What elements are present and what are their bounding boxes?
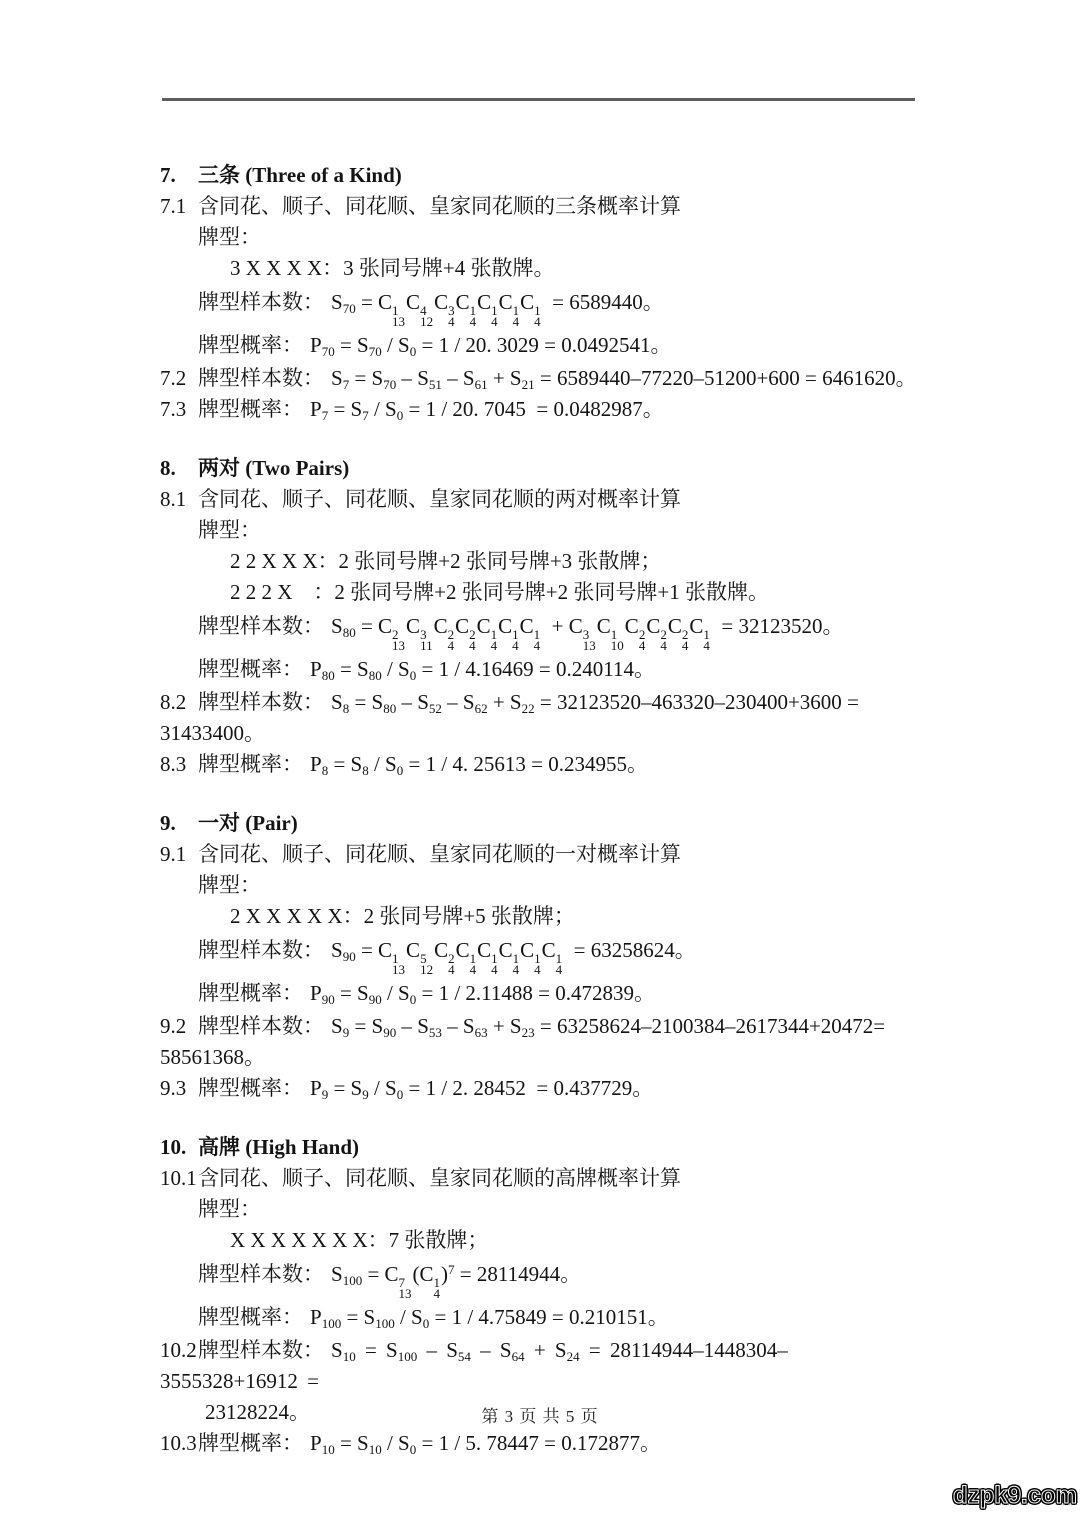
pattern-label: 牌型： bbox=[198, 518, 261, 542]
sample-label: 牌型样本数： bbox=[198, 690, 324, 714]
pattern-label: 牌型： bbox=[198, 873, 261, 897]
item-line: 9.3牌型概率：P9 = S9 / S0 = 1 / 2. 28452 = 0.… bbox=[160, 1073, 925, 1104]
watermark-dzpk9: dzpk9.com bbox=[953, 1482, 1077, 1510]
item-number: 10.1 bbox=[160, 1163, 198, 1194]
header-rule bbox=[162, 98, 915, 101]
section-number: 10. bbox=[160, 1132, 198, 1163]
item-text: 含同花、顺子、同花顺、皇家同花顺的一对概率计算 bbox=[198, 842, 681, 866]
document-page: 7.三条 (Three of a Kind) 7.1含同花、顺子、同花顺、皇家同… bbox=[0, 0, 1080, 1527]
item-line: 8.2牌型样本数：S8 = S80 – S52 – S62 + S22 = 32… bbox=[160, 687, 925, 749]
pattern-line: 2 2 2 X ：2 张同号牌+2 张同号牌+2 张同号牌+1 张散牌。 bbox=[160, 577, 925, 608]
pattern-line: 2 X X X X X：2 张同号牌+5 张散牌； bbox=[160, 901, 925, 932]
item-line: 9.2牌型样本数：S9 = S90 – S53 – S63 + S23 = 63… bbox=[160, 1011, 925, 1073]
item-line: 8.1含同花、顺子、同花顺、皇家同花顺的两对概率计算 bbox=[160, 484, 925, 515]
section-title: 高牌 (High Hand) bbox=[198, 1135, 359, 1159]
section-heading: 7.三条 (Three of a Kind) bbox=[160, 160, 925, 191]
item-text: 含同花、顺子、同花顺、皇家同花顺的高牌概率计算 bbox=[198, 1166, 681, 1190]
prob-line: 牌型概率：P90 = S90 / S0 = 1 / 2.11488 = 0.47… bbox=[160, 975, 925, 1011]
item-line: 7.2牌型样本数：S7 = S70 – S51 – S61 + S21 = 65… bbox=[160, 363, 925, 394]
section-heading: 9.一对 (Pair) bbox=[160, 808, 925, 839]
prob-formula: P10 = S10 / S0 = 1 / 5. 78447 = 0.172877… bbox=[310, 1431, 661, 1455]
sample-label: 牌型样本数： bbox=[198, 1014, 324, 1038]
sample-line: 牌型样本数：S100 = C713(C14)7 = 28114944。 bbox=[160, 1256, 925, 1299]
prob-label: 牌型概率： bbox=[198, 1305, 303, 1329]
item-number: 7.2 bbox=[160, 363, 198, 394]
item-line: 7.3牌型概率：P7 = S7 / S0 = 1 / 20. 7045 = 0.… bbox=[160, 394, 925, 425]
item-number: 9.3 bbox=[160, 1073, 198, 1104]
item-number: 10.3 bbox=[160, 1428, 198, 1459]
section-heading: 8.两对 (Two Pairs) bbox=[160, 453, 925, 484]
page-content: 7.三条 (Three of a Kind) 7.1含同花、顺子、同花顺、皇家同… bbox=[160, 160, 925, 1487]
sample-formula: S80 = C213C311C24C24C14C14C14 + C313C110… bbox=[331, 614, 843, 638]
prob-label: 牌型概率： bbox=[198, 752, 303, 776]
sample-label: 牌型样本数： bbox=[198, 938, 324, 962]
prob-line: 牌型概率：P70 = S70 / S0 = 1 / 20. 3029 = 0.0… bbox=[160, 327, 925, 363]
prob-formula: P8 = S8 / S0 = 1 / 4. 25613 = 0.234955。 bbox=[310, 752, 648, 776]
sample-label: 牌型样本数： bbox=[198, 366, 324, 390]
prob-label: 牌型概率： bbox=[198, 981, 303, 1005]
prob-label: 牌型概率： bbox=[198, 397, 303, 421]
sample-formula: S100 = C713(C14)7 = 28114944。 bbox=[331, 1262, 581, 1286]
item-number: 9.2 bbox=[160, 1011, 198, 1042]
item-number: 8.3 bbox=[160, 749, 198, 780]
sample-formula: S70 = C113C412C34C14C14C14C14 = 6589440。 bbox=[331, 290, 664, 314]
item-text: 含同花、顺子、同花顺、皇家同花顺的三条概率计算 bbox=[198, 194, 681, 218]
prob-label: 牌型概率： bbox=[198, 1076, 303, 1100]
item-line: 10.3牌型概率：P10 = S10 / S0 = 1 / 5. 78447 =… bbox=[160, 1428, 925, 1459]
section-title: 两对 (Two Pairs) bbox=[198, 456, 349, 480]
prob-label: 牌型概率： bbox=[198, 1431, 303, 1455]
section-three-of-a-kind: 7.三条 (Three of a Kind) 7.1含同花、顺子、同花顺、皇家同… bbox=[160, 160, 925, 425]
pattern-label-line: 牌型： bbox=[160, 515, 925, 546]
pattern-label: 牌型： bbox=[198, 1197, 261, 1221]
section-heading: 10.高牌 (High Hand) bbox=[160, 1132, 925, 1163]
sample-line: 牌型样本数：S90 = C113C512C24C14C14C14C14C14 =… bbox=[160, 932, 925, 975]
prob-formula: P70 = S70 / S0 = 1 / 20. 3029 = 0.049254… bbox=[310, 333, 672, 357]
sample-label: 牌型样本数： bbox=[198, 290, 324, 314]
pattern-label-line: 牌型： bbox=[160, 1194, 925, 1225]
prob-formula: P90 = S90 / S0 = 1 / 2.11488 = 0.472839。 bbox=[310, 981, 655, 1005]
sample-label: 牌型样本数： bbox=[198, 1262, 324, 1286]
section-number: 8. bbox=[160, 453, 198, 484]
prob-formula: P7 = S7 / S0 = 1 / 20. 7045 = 0.0482987。 bbox=[310, 397, 664, 421]
section-title: 一对 (Pair) bbox=[198, 811, 298, 835]
section-two-pairs: 8.两对 (Two Pairs) 8.1含同花、顺子、同花顺、皇家同花顺的两对概… bbox=[160, 453, 925, 780]
item-line: 10.1含同花、顺子、同花顺、皇家同花顺的高牌概率计算 bbox=[160, 1163, 925, 1194]
sample-formula: S90 = C113C512C24C14C14C14C14C14 = 63258… bbox=[331, 938, 696, 962]
pattern-label-line: 牌型： bbox=[160, 222, 925, 253]
item-number: 7.1 bbox=[160, 191, 198, 222]
prob-formula: P80 = S80 / S0 = 1 / 4.16469 = 0.240114。 bbox=[310, 657, 655, 681]
item-text: 含同花、顺子、同花顺、皇家同花顺的两对概率计算 bbox=[198, 487, 681, 511]
item-line: 9.1含同花、顺子、同花顺、皇家同花顺的一对概率计算 bbox=[160, 839, 925, 870]
item-line: 7.1含同花、顺子、同花顺、皇家同花顺的三条概率计算 bbox=[160, 191, 925, 222]
sample-label: 牌型样本数： bbox=[198, 614, 324, 638]
pattern-label-line: 牌型： bbox=[160, 870, 925, 901]
prob-label: 牌型概率： bbox=[198, 657, 303, 681]
item-number: 8.1 bbox=[160, 484, 198, 515]
section-number: 7. bbox=[160, 160, 198, 191]
item-line: 10.2牌型样本数：S10 = S100 – S54 – S64 + S24 =… bbox=[160, 1335, 925, 1397]
section-title: 三条 (Three of a Kind) bbox=[198, 163, 402, 187]
item-line: 8.3牌型概率：P8 = S8 / S0 = 1 / 4. 25613 = 0.… bbox=[160, 749, 925, 780]
sample-formula: S7 = S70 – S51 – S61 + S21 = 6589440–772… bbox=[331, 366, 917, 390]
pattern-line: 3 X X X X：3 张同号牌+4 张散牌。 bbox=[160, 253, 925, 284]
sample-line: 牌型样本数：S80 = C213C311C24C24C14C14C14 + C3… bbox=[160, 608, 925, 651]
section-pair: 9.一对 (Pair) 9.1含同花、顺子、同花顺、皇家同花顺的一对概率计算 牌… bbox=[160, 808, 925, 1104]
item-number: 9.1 bbox=[160, 839, 198, 870]
prob-label: 牌型概率： bbox=[198, 333, 303, 357]
sample-label: 牌型样本数： bbox=[198, 1338, 324, 1362]
pattern-line: X X X X X X X：7 张散牌； bbox=[160, 1225, 925, 1256]
prob-formula: P9 = S9 / S0 = 1 / 2. 28452 = 0.437729。 bbox=[310, 1076, 653, 1100]
pattern-label: 牌型： bbox=[198, 225, 261, 249]
sample-line: 牌型样本数：S70 = C113C412C34C14C14C14C14 = 65… bbox=[160, 284, 925, 327]
item-number: 7.3 bbox=[160, 394, 198, 425]
prob-formula: P100 = S100 / S0 = 1 / 4.75849 = 0.21015… bbox=[310, 1305, 669, 1329]
item-number: 8.2 bbox=[160, 687, 198, 718]
pattern-line: 2 2 X X X：2 张同号牌+2 张同号牌+3 张散牌； bbox=[160, 546, 925, 577]
prob-line: 牌型概率：P100 = S100 / S0 = 1 / 4.75849 = 0.… bbox=[160, 1299, 925, 1335]
page-number: 第 3 页 共 5 页 bbox=[0, 1402, 1080, 1427]
section-number: 9. bbox=[160, 808, 198, 839]
prob-line: 牌型概率：P80 = S80 / S0 = 1 / 4.16469 = 0.24… bbox=[160, 651, 925, 687]
item-number: 10.2 bbox=[160, 1335, 198, 1366]
